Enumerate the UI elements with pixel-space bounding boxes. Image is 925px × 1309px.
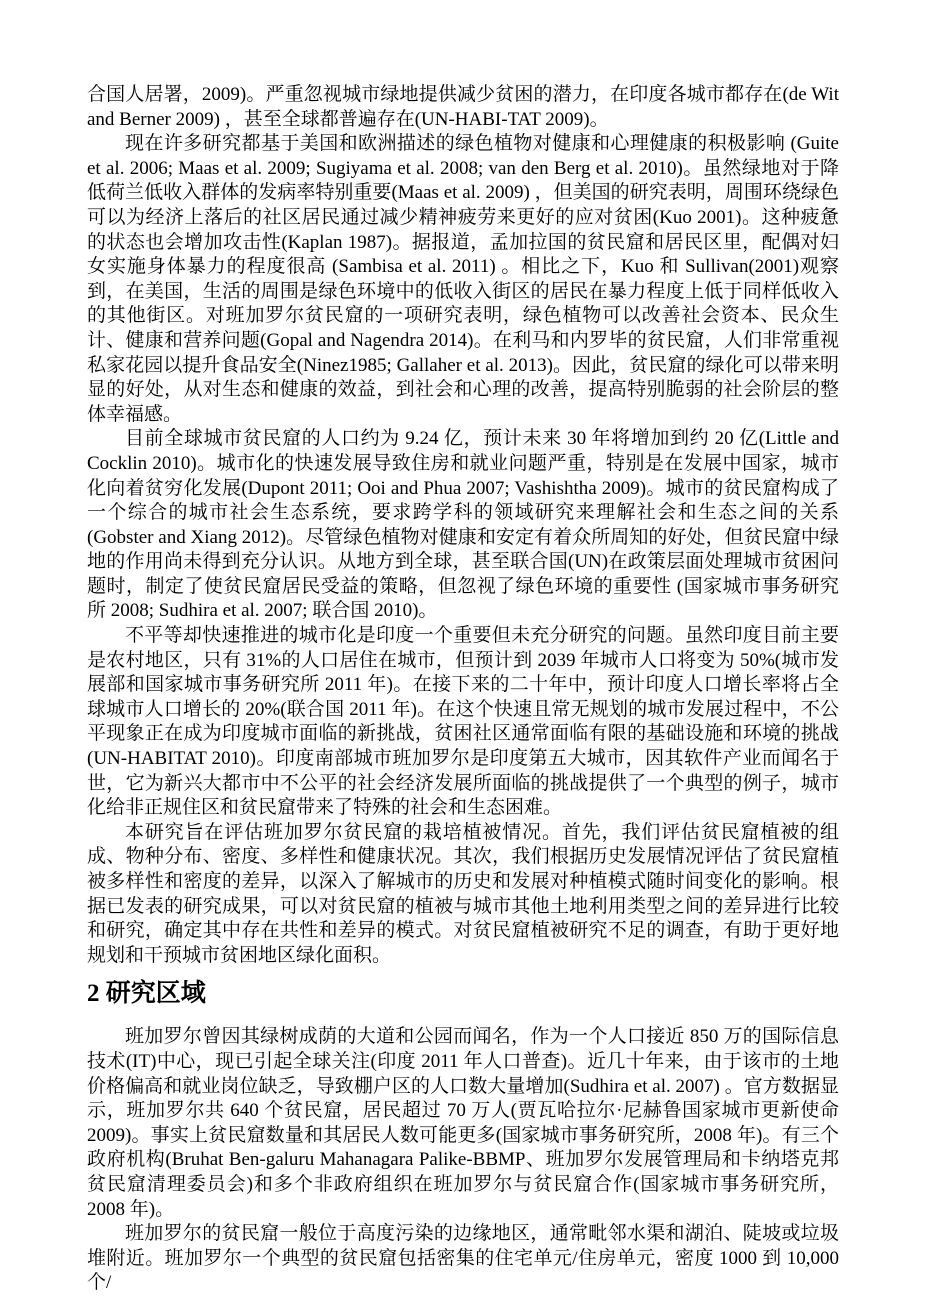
paragraph: 班加罗尔的贫民窟一般位于高度污染的边缘地区，通常毗邻水渠和湖泊、陡坡或垃圾堆附近…: [87, 1222, 839, 1296]
paragraph: 不平等却快速推进的城市化是印度一个重要但未充分研究的问题。虽然印度目前主要是农村…: [87, 624, 839, 821]
section-heading: 2 研究区域: [87, 977, 839, 1011]
paragraph: 本研究旨在评估班加罗尔贫民窟的栽培植被情况。首先，我们评估贫民窟植被的组成、物种…: [87, 821, 839, 969]
paragraph: 现在许多研究都基于美国和欧洲描述的绿色植物对健康和心理健康的积极影响 (Guit…: [87, 132, 839, 427]
paragraph: 目前全球城市贫民窟的人口约为 9.24 亿，预计未来 30 年将增加到约 20 …: [87, 427, 839, 624]
paragraph-continuation: 合国人居署，2009)。严重忽视城市绿地提供减少贫困的潜力，在印度各城市都存在(…: [87, 83, 839, 132]
document-page: 合国人居署，2009)。严重忽视城市绿地提供减少贫困的潜力，在印度各城市都存在(…: [0, 0, 925, 1309]
page-content: 合国人居署，2009)。严重忽视城市绿地提供减少贫困的潜力，在印度各城市都存在(…: [87, 83, 839, 1296]
paragraph: 班加罗尔曾因其绿树成荫的大道和公园而闻名，作为一个人口接近 850 万的国际信息…: [87, 1025, 839, 1222]
